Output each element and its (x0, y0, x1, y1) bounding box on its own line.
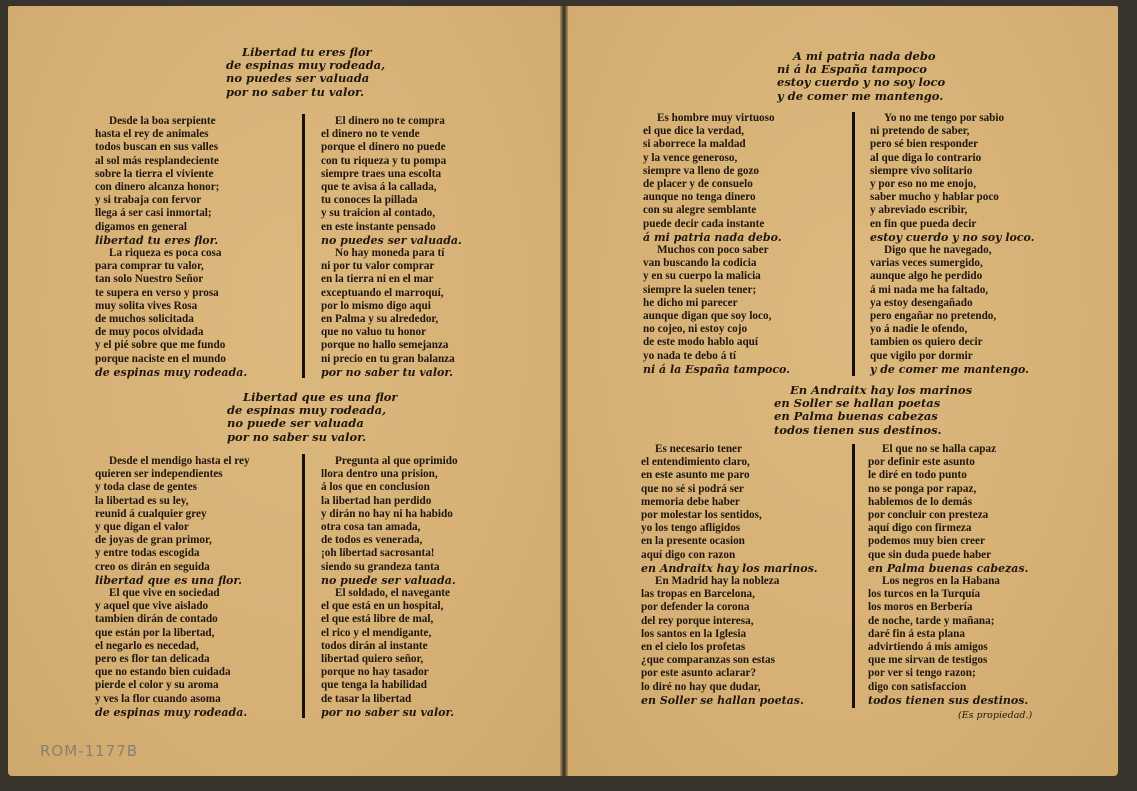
left-s1-column-right: El dinero no te comprael dinero no te ve… (321, 115, 462, 379)
verse-line: en la presente ocasion (641, 535, 818, 548)
verse-line: pero sé bien responder (870, 138, 1035, 151)
verse-line: porque naciste en el mundo (95, 353, 247, 366)
verse-line: pierde el color y su aroma (95, 679, 250, 692)
verse-line: no puede ser valuada. (321, 574, 458, 587)
verse-line: sobre la tierra el viviente (95, 168, 247, 181)
verse-line: y de comer me mantengo. (777, 90, 945, 103)
verse-line: las tropas en Barcelona, (641, 588, 818, 601)
verse-line: á mi patria nada debo. (643, 231, 790, 244)
verse-line: en este instante pensado (321, 221, 462, 234)
verse-line: advirtiendo á mis amigos (868, 641, 1028, 654)
left-s1-column-left: Desde la boa serpientehasta el rey de an… (95, 115, 247, 379)
verse-line: que no sé si podrá ser (641, 483, 818, 496)
verse-line: siendo su grandeza tanta (321, 561, 458, 574)
verse-line: por no saber tu valor. (226, 86, 385, 99)
verse-line: daré fin á esta plana (868, 628, 1028, 641)
verse-line: Desde el mendigo hasta el rey (95, 455, 250, 468)
verse-line: por no saber su valor. (227, 431, 397, 444)
verse-line: todos dirán al instante (321, 640, 458, 653)
verse-line: para comprar tu valor, (95, 260, 247, 273)
verse-line: que tenga la habilidad (321, 679, 458, 692)
verse-line: yo á nadie le ofendo, (870, 323, 1035, 336)
verse-line: reunid á cualquier grey (95, 508, 250, 521)
verse-line: Yo no me tengo por sabio (870, 112, 1035, 125)
verse-line: siempre traes una escolta (321, 168, 462, 181)
verse-line: y el pié sobre que me fundo (95, 339, 247, 352)
verse-line: he dicho mi parecer (643, 297, 790, 310)
verse-line: el rico y el mendigante, (321, 627, 458, 640)
verse-line: de joyas de gran primor, (95, 534, 250, 547)
verse-line: por lo mismo digo aqui (321, 300, 462, 313)
verse-line: por definir este asunto (868, 456, 1028, 469)
verse-line: en Andraitx hay los marinos. (641, 562, 818, 575)
verse-line: la libertad es su ley, (95, 495, 250, 508)
verse-line: los moros en Berbería (868, 601, 1028, 614)
verse-line: no se ponga por rapaz, (868, 483, 1028, 496)
verse-line: de muy pocos olvidada (95, 326, 247, 339)
verse-line: van buscando la codicia (643, 257, 790, 270)
page-gutter (560, 6, 568, 776)
verse-line: por ver si tengo razon; (868, 667, 1028, 680)
verse-line: llora dentro una prision, (321, 468, 458, 481)
verse-line: Muchos con poco saber (643, 244, 790, 257)
verse-line: estoy cuerdo y no soy loco (777, 76, 945, 89)
verse-line: saber mucho y hablar poco (870, 191, 1035, 204)
verse-line: y su traicion al contado, (321, 207, 462, 220)
verse-line: libertad quiero señor, (321, 653, 458, 666)
verse-line: y entre todas escogida (95, 547, 250, 560)
verse-line: yo nada te debo á tí (643, 350, 790, 363)
verse-line: lo diré no hay que dudar, (641, 681, 818, 694)
verse-line: varias veces sumergido, (870, 257, 1035, 270)
verse-line: siempre va lleno de gozo (643, 165, 790, 178)
left-title-2: Libertad que es una florde espinas muy r… (227, 391, 397, 444)
verse-line: con su alegre semblante (643, 204, 790, 217)
verse-line: muy solita vives Rosa (95, 300, 247, 313)
verse-line: hasta el rey de animales (95, 128, 247, 141)
verse-line: yo los tengo afligidos (641, 522, 818, 535)
verse-line: aunque digan que soy loco, (643, 310, 790, 323)
verse-line: ¿que comparanzas son estas (641, 654, 818, 667)
verse-line: digo con satisfaccion (868, 681, 1028, 694)
verse-line: tan solo Nuestro Señor (95, 273, 247, 286)
verse-line: aquí digo con firmeza (868, 522, 1028, 535)
verse-line: con tu riqueza y tu pompa (321, 155, 462, 168)
verse-line: ya estoy desengañado (870, 297, 1035, 310)
verse-line: á mi nada me ha faltado, (870, 284, 1035, 297)
verse-line: todos tienen sus destinos. (868, 694, 1028, 707)
verse-line: ni á la España tampoco. (643, 363, 790, 376)
verse-line: El que vive en sociedad (95, 587, 250, 600)
verse-line: en Palma buenas cabezas (774, 410, 972, 423)
verse-line: de espinas muy rodeada. (95, 706, 250, 719)
verse-line: por este asunto aclarar? (641, 667, 818, 680)
verse-line: por no saber su valor. (321, 706, 458, 719)
left-title-1: Libertad tu eres florde espinas muy rode… (226, 46, 385, 99)
right-s2-column-left: Es necesario tenerel entendimiento claro… (641, 443, 818, 707)
verse-line: todos buscan en sus valles (95, 141, 247, 154)
footer-note: (Es propiedad.) (958, 710, 1032, 721)
verse-line: en fin que pueda decir (870, 218, 1035, 231)
verse-line: en Soller se hallan poetas. (641, 694, 818, 707)
verse-line: Es hombre muy virtuoso (643, 112, 790, 125)
verse-line: aquí digo con razon (641, 549, 818, 562)
right-s1-column-left: Es hombre muy virtuosoel que dice la ver… (643, 112, 790, 376)
verse-line: tambien dirán de contado (95, 613, 250, 626)
verse-line: no cojeo, ni estoy cojo (643, 323, 790, 336)
verse-line: los santos en la Iglesia (641, 628, 818, 641)
verse-line: que vigilo por dormir (870, 350, 1035, 363)
verse-line: pero es flor tan delicada (95, 653, 250, 666)
verse-line: y si trabaja con fervor (95, 194, 247, 207)
verse-line: no puedes ser valuada. (321, 234, 462, 247)
verse-line: digamos en general (95, 221, 247, 234)
verse-line: La riqueza es poca cosa (95, 247, 247, 260)
column-divider (302, 454, 305, 718)
verse-line: siempre vivo solitario (870, 165, 1035, 178)
verse-line: el que dice la verdad, (643, 125, 790, 138)
verse-line: otra cosa tan amada, (321, 521, 458, 534)
verse-line: creo os dirán en seguida (95, 561, 250, 574)
verse-line: por defender la corona (641, 601, 818, 614)
verse-line: podemos muy bien creer (868, 535, 1028, 548)
verse-line: el que está en un hospital, (321, 600, 458, 613)
verse-line: que sin duda puede haber (868, 549, 1028, 562)
right-s1-column-right: Yo no me tengo por sabioni pretendo de s… (870, 112, 1035, 376)
verse-line: en el cielo los profetas (641, 641, 818, 654)
verse-line: y la vence generoso, (643, 152, 790, 165)
verse-line: el entendimiento claro, (641, 456, 818, 469)
right-title-1: A mi patria nada deboni á la España tamp… (777, 50, 945, 103)
verse-line: aunque no tenga dinero (643, 191, 790, 204)
archive-stamp: ROM-1177B (40, 742, 138, 760)
verse-line: Los negros en la Habana (868, 575, 1028, 588)
verse-line: tu conoces la pillada (321, 194, 462, 207)
verse-line: de noche, tarde y mañana; (868, 615, 1028, 628)
verse-line: y por eso no me enojo, (870, 178, 1035, 191)
verse-line: y abreviado escribir, (870, 204, 1035, 217)
verse-line: siempre la suelen tener; (643, 284, 790, 297)
verse-line: todos tienen sus destinos. (774, 424, 972, 437)
verse-line: El dinero no te compra (321, 115, 462, 128)
verse-line: y aquel que vive aislado (95, 600, 250, 613)
verse-line: el negarlo es necedad, (95, 640, 250, 653)
verse-line: quieren ser independientes (95, 468, 250, 481)
verse-line: y ves la flor cuando asoma (95, 693, 250, 706)
verse-line: á los que en conclusion (321, 481, 458, 494)
verse-line: pero engañar no pretendo, (870, 310, 1035, 323)
verse-line: puede decir cada instante (643, 218, 790, 231)
verse-line: hablemos de lo demás (868, 496, 1028, 509)
left-s2-column-left: Desde el mendigo hasta el reyquieren ser… (95, 455, 250, 719)
verse-line: por molestar los sentidos, (641, 509, 818, 522)
verse-line: exceptuando el marroquí, (321, 287, 462, 300)
verse-line: Es necesario tener (641, 443, 818, 456)
verse-line: el dinero no te vende (321, 128, 462, 141)
verse-line: de espinas muy rodeada. (95, 366, 247, 379)
verse-line: que están por la libertad, (95, 627, 250, 640)
column-divider (302, 114, 305, 378)
verse-line: El que no se halla capaz (868, 443, 1028, 456)
verse-line: ni pretendo de saber, (870, 125, 1035, 138)
verse-line: En Madrid hay la nobleza (641, 575, 818, 588)
verse-line: No hay moneda para tí (321, 247, 462, 260)
verse-line: El soldado, el navegante (321, 587, 458, 600)
verse-line: libertad que es una flor. (95, 574, 250, 587)
right-title-2: En Andraitx hay los marinosen Soller se … (774, 384, 972, 437)
verse-line: de placer y de consuelo (643, 178, 790, 191)
verse-line: libertad tu eres flor. (95, 234, 247, 247)
verse-line: de muchos solicitada (95, 313, 247, 326)
verse-line: que no valuo tu honor (321, 326, 462, 339)
verse-line: al que diga lo contrario (870, 152, 1035, 165)
verse-line: le diré en todo punto (868, 469, 1028, 482)
verse-line: Digo que he navegado, (870, 244, 1035, 257)
column-divider (852, 112, 855, 376)
verse-line: y toda clase de gentes (95, 481, 250, 494)
verse-line: aunque algo he perdido (870, 270, 1035, 283)
verse-line: te supera en verso y prosa (95, 287, 247, 300)
verse-line: si aborrece la maldad (643, 138, 790, 151)
verse-line: los turcos en la Turquía (868, 588, 1028, 601)
verse-line: que me sirvan de testigos (868, 654, 1028, 667)
verse-line: tambien os quiero decir (870, 336, 1035, 349)
verse-line: por no saber tu valor. (321, 366, 462, 379)
verse-line: porque el dinero no puede (321, 141, 462, 154)
verse-line: porque no hallo semejanza (321, 339, 462, 352)
right-s2-column-right: El que no se halla capazpor definir este… (868, 443, 1028, 707)
verse-line: Desde la boa serpiente (95, 115, 247, 128)
verse-line: en este asunto me paro (641, 469, 818, 482)
verse-line: la libertad han perdido (321, 495, 458, 508)
verse-line: que te avisa á la callada, (321, 181, 462, 194)
column-divider (852, 444, 855, 708)
verse-line: porque no hay tasador (321, 666, 458, 679)
verse-line: de este modo hablo aquí (643, 336, 790, 349)
verse-line: estoy cuerdo y no soy loco. (870, 231, 1035, 244)
verse-line: ¡oh libertad sacrosanta! (321, 547, 458, 560)
verse-line: y en su cuerpo la malicia (643, 270, 790, 283)
verse-line: no puede ser valuada (227, 417, 397, 430)
verse-line: llega á ser casi inmortal; (95, 207, 247, 220)
verse-line: en Palma y su alrededor, (321, 313, 462, 326)
left-s2-column-right: Pregunta al que oprimidollora dentro una… (321, 455, 458, 719)
verse-line: por concluir con presteza (868, 509, 1028, 522)
verse-line: del rey porque interesa, (641, 615, 818, 628)
verse-line: con dinero alcanza honor; (95, 181, 247, 194)
verse-line: de todos es venerada, (321, 534, 458, 547)
verse-line: de tasar la libertad (321, 693, 458, 706)
verse-line: y que digan el valor (95, 521, 250, 534)
verse-line: y dirán no hay ni ha habido (321, 508, 458, 521)
verse-line: que no estando bien cuidada (95, 666, 250, 679)
verse-line: al sol más resplandeciente (95, 155, 247, 168)
verse-line: memoria debe haber (641, 496, 818, 509)
verse-line: ni por tu valor comprar (321, 260, 462, 273)
verse-line: en la tierra ni en el mar (321, 273, 462, 286)
verse-line: el que está libre de mal, (321, 613, 458, 626)
verse-line: ni precio en tu gran balanza (321, 353, 462, 366)
verse-line: y de comer me mantengo. (870, 363, 1035, 376)
verse-line: en Palma buenas cabezas. (868, 562, 1028, 575)
verse-line: Pregunta al que oprimido (321, 455, 458, 468)
verse-line: no puedes ser valuada (226, 72, 385, 85)
